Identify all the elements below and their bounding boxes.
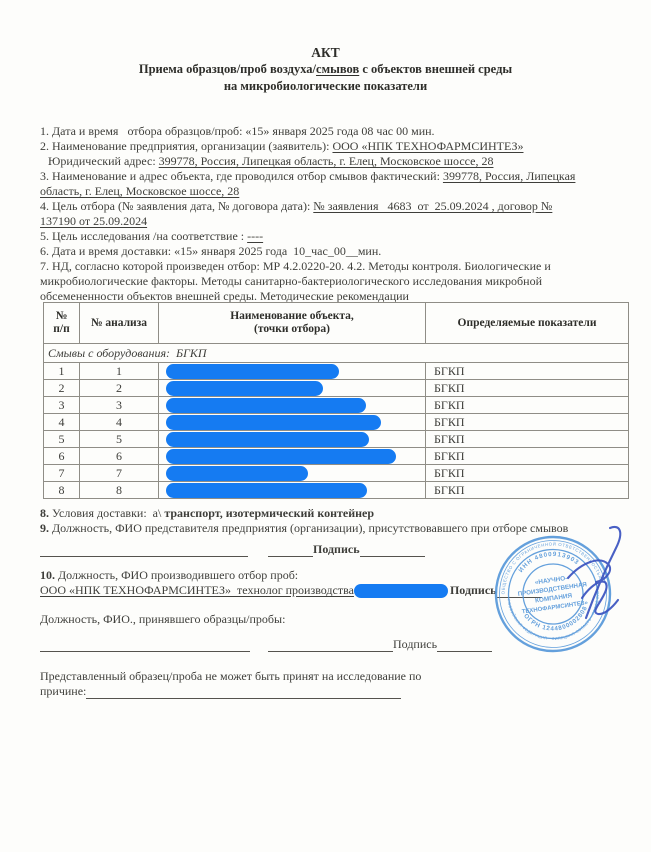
title-line-2-post: с объектов внешней среды xyxy=(359,62,512,76)
reject-line-1: Представленный образец/проба не может бы… xyxy=(40,669,620,684)
signature-label: Подпись xyxy=(393,637,437,651)
item-10-company: ООО «НПК ТЕХНОФАРМСИНТЕЗ» технолог произ… xyxy=(40,583,354,597)
item-2b: Юридический адрес: 399778, Россия, Липец… xyxy=(40,154,618,169)
header-indicators: Определяемые показатели xyxy=(426,303,629,344)
item-2b-label: Юридический адрес: xyxy=(48,154,159,168)
signature-line xyxy=(497,585,542,598)
redaction-bar xyxy=(166,381,323,396)
row-number-cell: 1 xyxy=(44,363,80,380)
signature-line xyxy=(40,639,250,652)
numbered-items: 1. Дата и время отбора образцов/проб: «1… xyxy=(40,124,618,304)
title-line-1: АКТ xyxy=(0,44,651,61)
indicator-cell: БГКП xyxy=(426,414,629,431)
item-5: 5. Цель исследования /на соответствие : … xyxy=(40,229,618,244)
samples-table: №п/п № анализа Наименование объекта,(точ… xyxy=(43,302,629,499)
item-3-value-2: область, г. Елец, Московское шоссе, 28 xyxy=(40,184,239,198)
header-object-l1: Наименование объекта, xyxy=(230,310,354,322)
signature-line xyxy=(268,639,393,652)
item-2b-value: 399778, Россия, Липецкая область, г. Еле… xyxy=(159,154,494,168)
item-9: 9. Должность, ФИО представителя предприя… xyxy=(40,521,620,536)
receiver-line: Должность, ФИО., принявшего образцы/проб… xyxy=(40,612,620,627)
redaction-bar xyxy=(166,483,367,498)
document-page: АКТ Приема образцов/проб воздуха/смывов … xyxy=(0,0,651,852)
item-10-line: ООО «НПК ТЕХНОФАРМСИНТЕЗ» технолог произ… xyxy=(40,583,620,598)
item-4: 4. Цель отбора (№ заявления дата, № дого… xyxy=(40,199,618,214)
analysis-number-cell: 4 xyxy=(80,414,159,431)
row-number-cell: 3 xyxy=(44,397,80,414)
analysis-number-cell: 7 xyxy=(80,465,159,482)
header-analysis-number: № анализа xyxy=(80,303,159,344)
table-row: 77БГКП xyxy=(44,465,629,482)
object-name-cell xyxy=(159,397,426,414)
header-row-number: №п/п xyxy=(44,303,80,344)
item-3-label: 3. Наименование и адрес объекта, где про… xyxy=(40,169,443,183)
redaction-bar xyxy=(354,584,448,598)
item-8-number: 8. xyxy=(40,506,49,520)
indicator-cell: БГКП xyxy=(426,431,629,448)
title-line-2-pre: Приема образцов/проб воздуха/ xyxy=(139,62,316,76)
table-row: 33БГКП xyxy=(44,397,629,414)
row-number-cell: 7 xyxy=(44,465,80,482)
item-10-text: Должность, ФИО производившего отбор проб… xyxy=(55,568,298,582)
item-3b: область, г. Елец, Московское шоссе, 28 xyxy=(40,184,618,199)
item-8-label: Условия доставки: а\ xyxy=(49,506,164,520)
item-3-value-1: 399778, Россия, Липецкая xyxy=(443,169,576,183)
object-name-cell xyxy=(159,431,426,448)
item-2-label: 2. Наименование предприятия, организации… xyxy=(40,139,332,153)
indicator-cell: БГКП xyxy=(426,363,629,380)
item-2: 2. Наименование предприятия, организации… xyxy=(40,139,618,154)
item-10: 10. Должность, ФИО производившего отбор … xyxy=(40,568,620,583)
item-9-number: 9. xyxy=(40,521,49,535)
header-object-l2: (точки отбора) xyxy=(254,323,330,335)
signature-line xyxy=(40,544,248,557)
row-number-cell: 2 xyxy=(44,380,80,397)
indicator-cell: БГКП xyxy=(426,380,629,397)
object-name-cell xyxy=(159,380,426,397)
item-4-label: 4. Цель отбора (№ заявления дата, № дого… xyxy=(40,199,313,213)
analysis-number-cell: 2 xyxy=(80,380,159,397)
header-num-l1: № xyxy=(56,310,68,322)
object-name-cell xyxy=(159,363,426,380)
redaction-bar xyxy=(166,432,369,447)
object-name-cell xyxy=(159,448,426,465)
signature-line xyxy=(360,544,425,557)
row-number-cell: 8 xyxy=(44,482,80,499)
analysis-number-cell: 3 xyxy=(80,397,159,414)
signature-line xyxy=(437,639,492,652)
object-name-cell xyxy=(159,465,426,482)
table-row: 11БГКП xyxy=(44,363,629,380)
row-number-cell: 4 xyxy=(44,414,80,431)
indicator-cell: БГКП xyxy=(426,482,629,499)
signature-row-9: Подпись xyxy=(40,542,620,562)
redaction-bar xyxy=(166,364,339,379)
row-number-cell: 5 xyxy=(44,431,80,448)
table-row: 55БГКП xyxy=(44,431,629,448)
item-8-bold: транспорт, изотермический контейнер xyxy=(164,506,374,520)
signature-row-receiver: Подпись xyxy=(40,637,620,657)
signature-label: Подпись xyxy=(450,583,497,597)
analysis-number-cell: 6 xyxy=(80,448,159,465)
redaction-bar xyxy=(166,449,396,464)
item-5-label: 5. Цель исследования /на соответствие : xyxy=(40,229,247,243)
analysis-number-cell: 1 xyxy=(80,363,159,380)
document-title: АКТ Приема образцов/проб воздуха/смывов … xyxy=(0,44,651,95)
table-row: 66БГКП xyxy=(44,448,629,465)
item-6: 6. Дата и время доставки: «15» января 20… xyxy=(40,244,618,259)
indicator-cell: БГКП xyxy=(426,448,629,465)
reject-line-2: причине: xyxy=(40,684,620,699)
item-1: 1. Дата и время отбора образцов/проб: «1… xyxy=(40,124,618,139)
signature-line xyxy=(86,686,401,699)
object-name-cell xyxy=(159,414,426,431)
table-header-row: №п/п № анализа Наименование объекта,(точ… xyxy=(44,303,629,344)
table-row: 44БГКП xyxy=(44,414,629,431)
item-2-value: ООО «НПК ТЕХНОФАРМСИНТЕЗ» xyxy=(332,139,523,153)
title-line-2-underlined: смывов xyxy=(316,62,359,76)
item-7: 7. НД, согласно которой произведен отбор… xyxy=(40,259,618,274)
item-4-value-2: 137190 от 25.09.2024 xyxy=(40,214,147,228)
reject-label: причине: xyxy=(40,684,86,698)
item-4b: 137190 от 25.09.2024 xyxy=(40,214,618,229)
redaction-bar xyxy=(166,415,381,430)
header-num-l2: п/п xyxy=(53,323,69,335)
section-label: Смывы с оборудования: БГКП xyxy=(44,344,629,363)
indicator-cell: БГКП xyxy=(426,465,629,482)
row-number-cell: 6 xyxy=(44,448,80,465)
item-9-text: Должность, ФИО представителя предприятия… xyxy=(49,521,568,535)
title-line-2: Приема образцов/проб воздуха/смывов с об… xyxy=(0,61,651,78)
item-10-number: 10. xyxy=(40,568,55,582)
analysis-number-cell: 5 xyxy=(80,431,159,448)
item-8: 8. Условия доставки: а\ транспорт, изоте… xyxy=(40,506,620,521)
footer-items: 8. Условия доставки: а\ транспорт, изоте… xyxy=(40,506,620,699)
signature-label: Подпись xyxy=(313,542,360,556)
analysis-number-cell: 8 xyxy=(80,482,159,499)
table-row: 88БГКП xyxy=(44,482,629,499)
object-name-cell xyxy=(159,482,426,499)
indicator-cell: БГКП xyxy=(426,397,629,414)
title-line-3: на микробиологические показатели xyxy=(0,78,651,95)
item-7b: микробиологические факторы. Методы санит… xyxy=(40,274,618,289)
item-5-value: ---- xyxy=(247,229,263,243)
item-3: 3. Наименование и адрес объекта, где про… xyxy=(40,169,618,184)
signature-line xyxy=(268,544,313,557)
redaction-bar xyxy=(166,398,366,413)
redaction-bar xyxy=(166,466,308,481)
sample-table-body: Смывы с оборудования: БГКП 11БГКП22БГКП3… xyxy=(44,344,629,499)
table-section-row: Смывы с оборудования: БГКП xyxy=(44,344,629,363)
header-object-name: Наименование объекта,(точки отбора) xyxy=(159,303,426,344)
item-4-value-1: № заявления 4683 от 25.09.2024 , договор… xyxy=(313,199,552,213)
table-row: 22БГКП xyxy=(44,380,629,397)
